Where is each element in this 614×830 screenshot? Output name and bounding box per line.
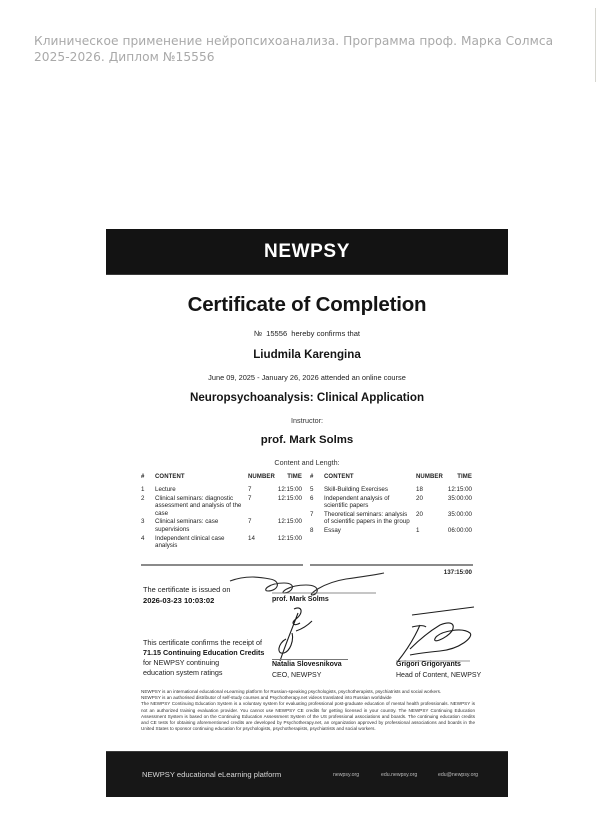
- row-content: Essay: [324, 527, 416, 535]
- row-content: Skill-Building Exercises: [324, 486, 416, 494]
- row-num: 3: [141, 518, 155, 533]
- newpsy-logo: NEWPSY: [106, 241, 508, 263]
- header-num: #: [141, 474, 155, 482]
- row-content: Independent analysis of scientific paper…: [324, 495, 416, 510]
- signature-line: [272, 659, 348, 660]
- row-content: Lecture: [155, 486, 248, 494]
- footer-link-site: newpsy.org: [333, 772, 359, 778]
- head-of-content-role: Head of Content, NEWPSY: [396, 672, 481, 679]
- table-row: 6Independent analysis of scientific pape…: [310, 495, 473, 510]
- head-signature-icon: [390, 605, 476, 663]
- disclaimer: NEWPSY is an international educational e…: [141, 689, 475, 732]
- content-table-right: # CONTENT NUMBER TIME 5Skill-Building Ex…: [310, 474, 473, 536]
- row-number: 14: [248, 535, 274, 550]
- certificate-number-line: №15556hereby confirms that: [106, 329, 508, 338]
- row-number: 20: [416, 511, 442, 526]
- row-time: 12:15:00: [274, 535, 303, 550]
- row-time: 12:15:00: [274, 518, 303, 533]
- table-row: 7Theoretical seminars: analysis of scien…: [310, 511, 473, 526]
- ceo-role: CEO, NEWPSY: [272, 672, 321, 679]
- row-number: 7: [248, 486, 274, 494]
- table-row: 4Independent clinical case analysis1412:…: [141, 535, 303, 550]
- row-time: 12:15:00: [274, 495, 303, 518]
- header-number: NUMBER: [416, 474, 442, 482]
- row-num: 8: [310, 527, 324, 535]
- disclaimer-paragraph: The NEWPSY Continuing Education System i…: [141, 701, 475, 732]
- row-num: 4: [141, 535, 155, 550]
- row-number: 20: [416, 495, 442, 510]
- table-row: 5Skill-Building Exercises1812:15:00: [310, 486, 473, 494]
- certificate-number: 15556: [266, 329, 287, 338]
- row-num: 2: [141, 495, 155, 518]
- number-prefix: №: [254, 329, 262, 338]
- ceo-signature-icon: [264, 603, 324, 665]
- table-rule-left: [141, 564, 303, 566]
- header-number: NUMBER: [248, 474, 274, 482]
- row-content: Theoretical seminars: analysis of scient…: [324, 511, 416, 526]
- header-time: TIME: [442, 474, 473, 482]
- footer-brand: NEWPSY educational eLearning platform: [142, 770, 281, 779]
- row-number: 1: [416, 527, 442, 535]
- table-header: # CONTENT NUMBER TIME: [310, 474, 473, 486]
- row-num: 7: [310, 511, 324, 526]
- issued-date: 2026-03-23 10:03:02: [143, 596, 214, 605]
- header-content: CONTENT: [155, 474, 248, 482]
- credits-statement: This certificate confirms the receipt of…: [143, 638, 264, 678]
- instructor-name: prof. Mark Solms: [106, 434, 508, 446]
- credits-line: for NEWPSY continuing: [143, 658, 264, 668]
- row-time: 12:15:00: [274, 486, 303, 494]
- table-row: 2Clinical seminars: diagnostic assessmen…: [141, 495, 303, 518]
- recipient-name: Liudmila Karengina: [106, 348, 508, 361]
- row-time: 06:00:00: [442, 527, 473, 535]
- content-label: Content and Length:: [106, 458, 508, 467]
- credits-line: education system ratings: [143, 668, 264, 678]
- ceo-name: Natalia Slovesnikova: [272, 661, 342, 668]
- row-content: Clinical seminars: diagnostic assessment…: [155, 495, 248, 518]
- credits-line: This certificate confirms the receipt of: [143, 638, 264, 648]
- header-num: #: [310, 474, 324, 482]
- certificate-footer: NEWPSY educational eLearning platform ne…: [106, 751, 508, 797]
- instructor-signature-name: prof. Mark Solms: [272, 596, 329, 603]
- row-num: 6: [310, 495, 324, 510]
- table-row: 1Lecture712:15:00: [141, 486, 303, 494]
- document-caption: Клиническое применение нейропсихоанализа…: [34, 33, 554, 65]
- certificate-header: NEWPSY: [106, 229, 508, 275]
- row-num: 5: [310, 486, 324, 494]
- content-table-left: # CONTENT NUMBER TIME 1Lecture712:15:002…: [141, 474, 303, 551]
- confirms-text: hereby confirms that: [291, 329, 360, 338]
- row-content: Independent clinical case analysis: [155, 535, 248, 550]
- row-time: 35:00:00: [442, 511, 473, 526]
- table-row: 8Essay106:00:00: [310, 527, 473, 535]
- footer-link-edu: edu.newpsy.org: [381, 772, 417, 778]
- credits-amount: 71.15 Continuing Education Credits: [143, 648, 264, 657]
- row-number: 7: [248, 495, 274, 518]
- header-content: CONTENT: [324, 474, 416, 482]
- table-header: # CONTENT NUMBER TIME: [141, 474, 303, 486]
- row-num: 1: [141, 486, 155, 494]
- certificate-title: Certificate of Completion: [106, 293, 508, 317]
- divider: [595, 8, 596, 82]
- head-of-content-name: Grigori Grigoryants: [396, 661, 461, 668]
- row-time: 12:15:00: [442, 486, 473, 494]
- header-time: TIME: [274, 474, 303, 482]
- issued-label: The certificate is issued on: [143, 585, 231, 594]
- row-content: Clinical seminars: case supervisions: [155, 518, 248, 533]
- table-row: 3Clinical seminars: case supervisions712…: [141, 518, 303, 533]
- table-rule-right: [310, 564, 473, 566]
- footer-link-email: edu@newpsy.org: [438, 772, 478, 778]
- row-number: 7: [248, 518, 274, 533]
- course-dates: June 09, 2025 - January 26, 2026 attende…: [106, 373, 508, 382]
- row-number: 18: [416, 486, 442, 494]
- certificate-image: NEWPSY Certificate of Completion №15556h…: [106, 229, 508, 797]
- row-time: 35:00:00: [442, 495, 473, 510]
- course-title: Neuropsychoanalysis: Clinical Applicatio…: [106, 391, 508, 404]
- instructor-label: Instructor:: [106, 416, 508, 425]
